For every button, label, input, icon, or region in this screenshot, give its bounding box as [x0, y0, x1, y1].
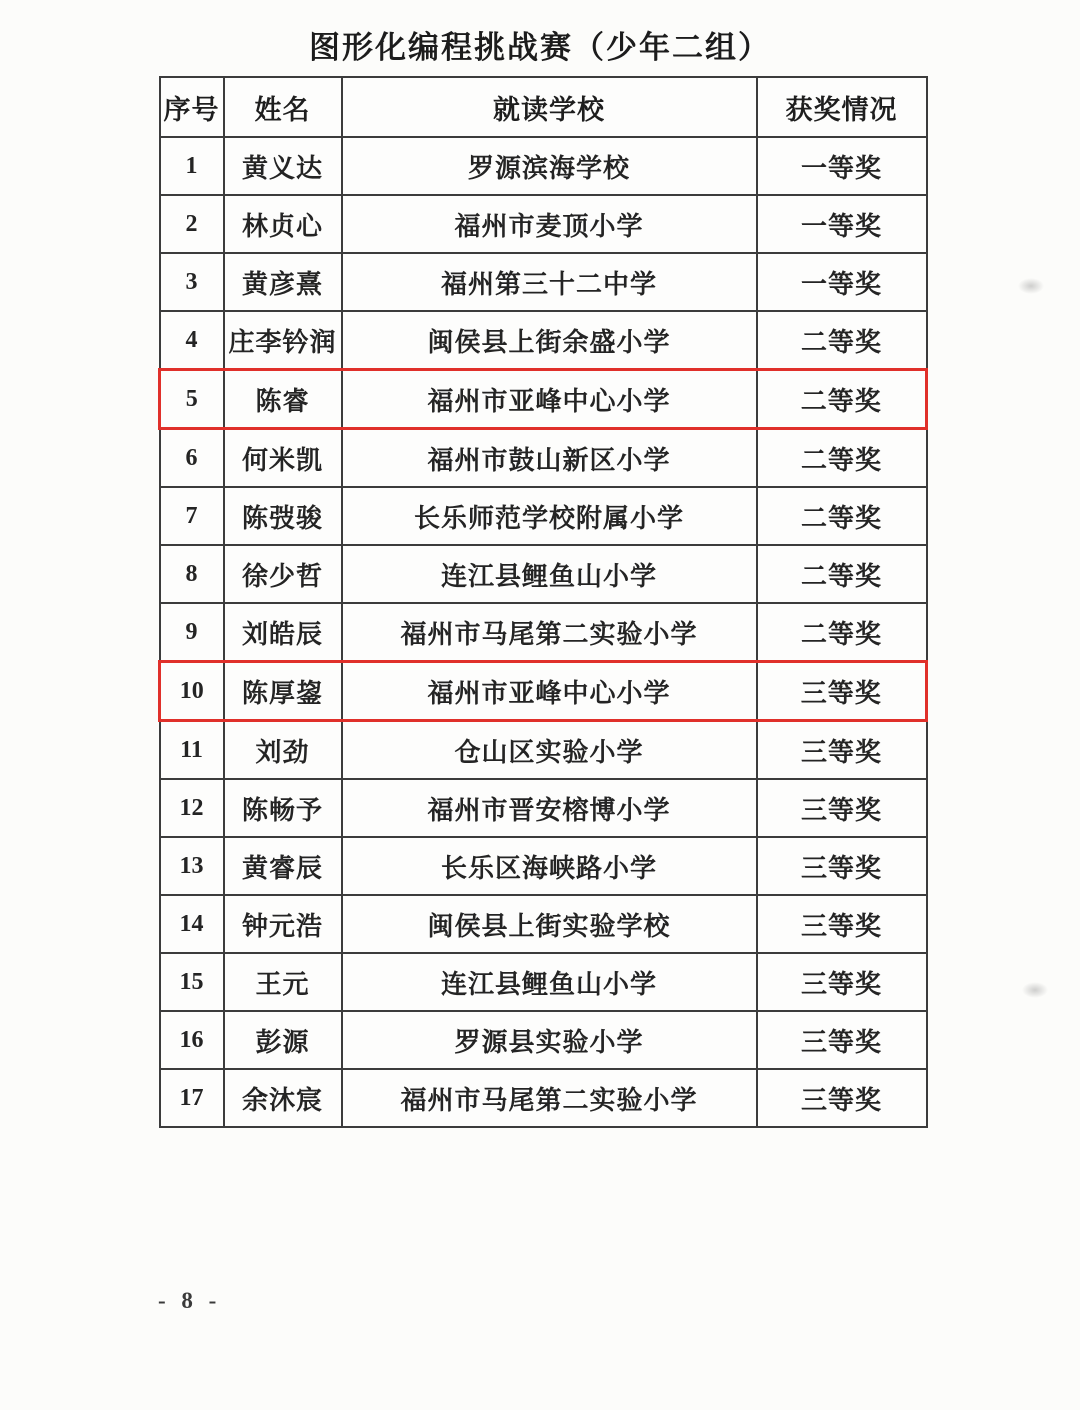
table-row: 17余沐宸福州市马尾第二实验小学三等奖: [160, 1069, 927, 1127]
table-row: 14钟元浩闽侯县上街实验学校三等奖: [160, 895, 927, 953]
cell-index: 2: [160, 195, 224, 253]
cell-award: 三等奖: [757, 721, 927, 780]
cell-award: 三等奖: [757, 1011, 927, 1069]
table-row: 4庄李钤润闽侯县上街余盛小学二等奖: [160, 311, 927, 370]
cell-index: 13: [160, 837, 224, 895]
cell-school: 福州市麦顶小学: [342, 195, 757, 253]
cell-name: 黄彦熹: [224, 253, 342, 311]
cell-name: 徐少哲: [224, 545, 342, 603]
cell-name: 林贞心: [224, 195, 342, 253]
cell-index: 3: [160, 253, 224, 311]
column-header-3: 获奖情况: [757, 77, 927, 137]
column-header-2: 就读学校: [342, 77, 757, 137]
cell-school: 罗源县实验小学: [342, 1011, 757, 1069]
cell-school: 福州市亚峰中心小学: [342, 662, 757, 721]
cell-index: 15: [160, 953, 224, 1011]
cell-school: 长乐区海峡路小学: [342, 837, 757, 895]
table-header-row: 序号姓名就读学校获奖情况: [160, 77, 927, 137]
table-row: 3黄彦熹福州第三十二中学一等奖: [160, 253, 927, 311]
cell-award: 一等奖: [757, 253, 927, 311]
cell-award: 三等奖: [757, 1069, 927, 1127]
column-header-1: 姓名: [224, 77, 342, 137]
table-row: 8徐少哲连江县鲤鱼山小学二等奖: [160, 545, 927, 603]
cell-index: 5: [160, 370, 224, 429]
cell-index: 6: [160, 429, 224, 488]
table-row: 13黄睿辰长乐区海峡路小学三等奖: [160, 837, 927, 895]
cell-index: 17: [160, 1069, 224, 1127]
cell-index: 16: [160, 1011, 224, 1069]
table-row: 9刘皓辰福州市马尾第二实验小学二等奖: [160, 603, 927, 662]
scan-smudge: [1022, 982, 1048, 998]
cell-index: 11: [160, 721, 224, 780]
table-header: 序号姓名就读学校获奖情况: [160, 77, 927, 137]
cell-school: 连江县鲤鱼山小学: [342, 953, 757, 1011]
cell-name: 余沐宸: [224, 1069, 342, 1127]
cell-name: 陈厚鋆: [224, 662, 342, 721]
cell-school: 福州市亚峰中心小学: [342, 370, 757, 429]
cell-award: 二等奖: [757, 429, 927, 488]
cell-name: 陈睿: [224, 370, 342, 429]
cell-index: 10: [160, 662, 224, 721]
cell-name: 王元: [224, 953, 342, 1011]
page-number: - 8 -: [158, 1288, 221, 1314]
cell-index: 7: [160, 487, 224, 545]
cell-school: 连江县鲤鱼山小学: [342, 545, 757, 603]
cell-school: 福州市马尾第二实验小学: [342, 603, 757, 662]
cell-school: 仓山区实验小学: [342, 721, 757, 780]
cell-index: 14: [160, 895, 224, 953]
cell-award: 三等奖: [757, 662, 927, 721]
cell-award: 二等奖: [757, 370, 927, 429]
cell-award: 二等奖: [757, 603, 927, 662]
cell-name: 陈畅予: [224, 779, 342, 837]
cell-award: 二等奖: [757, 545, 927, 603]
cell-index: 9: [160, 603, 224, 662]
cell-name: 彭源: [224, 1011, 342, 1069]
cell-school: 福州市鼓山新区小学: [342, 429, 757, 488]
cell-award: 三等奖: [757, 837, 927, 895]
cell-index: 8: [160, 545, 224, 603]
cell-index: 1: [160, 137, 224, 195]
table-row: 16彭源罗源县实验小学三等奖: [160, 1011, 927, 1069]
table-row: 11刘劲仓山区实验小学三等奖: [160, 721, 927, 780]
cell-index: 4: [160, 311, 224, 370]
cell-name: 钟元浩: [224, 895, 342, 953]
table-row: 6何米凯福州市鼓山新区小学二等奖: [160, 429, 927, 488]
cell-award: 二等奖: [757, 311, 927, 370]
cell-school: 福州市晋安榕博小学: [342, 779, 757, 837]
cell-name: 刘劲: [224, 721, 342, 780]
scan-smudge: [1018, 278, 1044, 294]
cell-school: 罗源滨海学校: [342, 137, 757, 195]
cell-name: 刘皓辰: [224, 603, 342, 662]
table-row: 1黄义达罗源滨海学校一等奖: [160, 137, 927, 195]
cell-name: 黄睿辰: [224, 837, 342, 895]
cell-school: 闽侯县上街实验学校: [342, 895, 757, 953]
cell-index: 12: [160, 779, 224, 837]
cell-name: 庄李钤润: [224, 311, 342, 370]
page-title: 图形化编程挑战赛（少年二组）: [0, 22, 1080, 67]
column-header-0: 序号: [160, 77, 224, 137]
cell-award: 一等奖: [757, 137, 927, 195]
table-row: 7陈弢骏长乐师范学校附属小学二等奖: [160, 487, 927, 545]
results-table: 序号姓名就读学校获奖情况 1黄义达罗源滨海学校一等奖2林贞心福州市麦顶小学一等奖…: [158, 76, 928, 1128]
cell-award: 三等奖: [757, 953, 927, 1011]
cell-school: 福州第三十二中学: [342, 253, 757, 311]
table-row: 15王元连江县鲤鱼山小学三等奖: [160, 953, 927, 1011]
cell-name: 陈弢骏: [224, 487, 342, 545]
table-row: 2林贞心福州市麦顶小学一等奖: [160, 195, 927, 253]
cell-name: 黄义达: [224, 137, 342, 195]
table-row: 12陈畅予福州市晋安榕博小学三等奖: [160, 779, 927, 837]
cell-name: 何米凯: [224, 429, 342, 488]
cell-award: 一等奖: [757, 195, 927, 253]
table-row-highlighted: 5陈睿福州市亚峰中心小学二等奖: [160, 370, 927, 429]
table-row-highlighted: 10陈厚鋆福州市亚峰中心小学三等奖: [160, 662, 927, 721]
cell-award: 三等奖: [757, 779, 927, 837]
cell-award: 二等奖: [757, 487, 927, 545]
cell-school: 长乐师范学校附属小学: [342, 487, 757, 545]
cell-school: 闽侯县上街余盛小学: [342, 311, 757, 370]
cell-school: 福州市马尾第二实验小学: [342, 1069, 757, 1127]
cell-award: 三等奖: [757, 895, 927, 953]
